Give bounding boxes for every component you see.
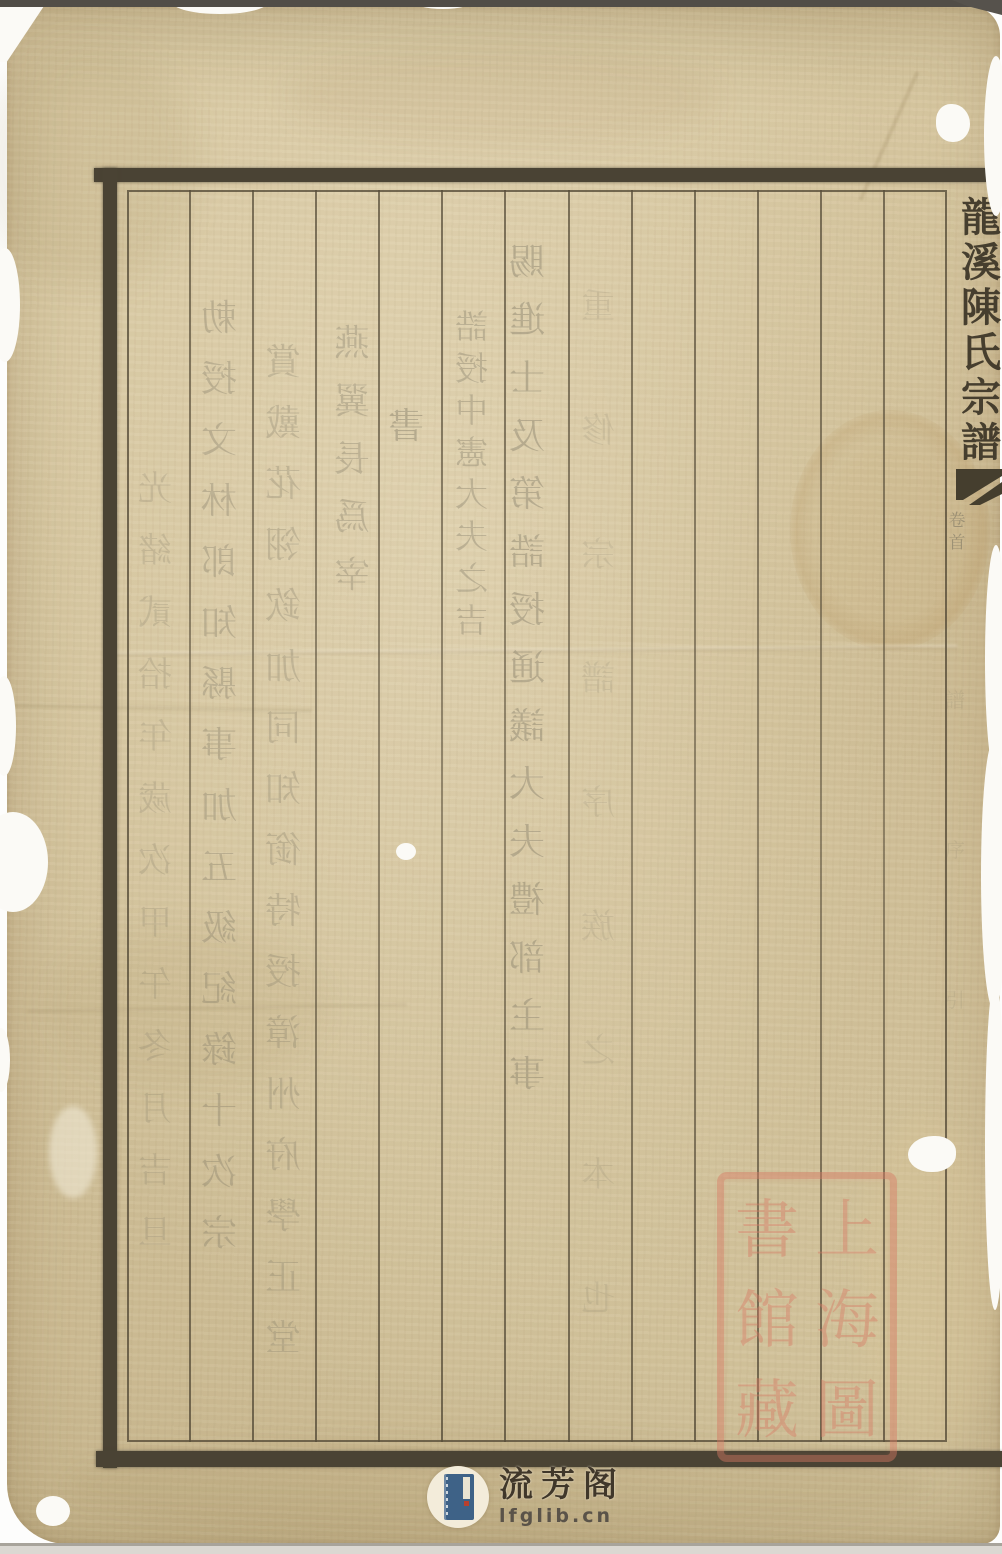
watermark-logo-circle	[427, 1466, 489, 1528]
book-icon	[444, 1474, 474, 1520]
fishtail-ornament	[956, 469, 1002, 505]
scan-edge-strip	[0, 0, 1002, 7]
scan-bottom-strip	[0, 1546, 1002, 1554]
book-stitch-detail	[446, 1477, 448, 1517]
scanned-page: 光緒貳拾年歲次甲午冬月吉旦勅授文林郎知縣事加五級紀錄十次宗賞戴花翎欽加同知銜特授…	[0, 0, 1002, 1554]
book-label-detail	[463, 1477, 470, 1499]
site-watermark: 流芳阁 lfglib.cn	[427, 1466, 625, 1528]
book-seal-dot	[464, 1501, 469, 1506]
frame-border-left	[103, 168, 117, 1468]
frame-border-top	[94, 168, 986, 182]
watermark-site-name: 流芳阁	[499, 1468, 625, 1502]
watermark-site-url: lfglib.cn	[499, 1505, 625, 1527]
